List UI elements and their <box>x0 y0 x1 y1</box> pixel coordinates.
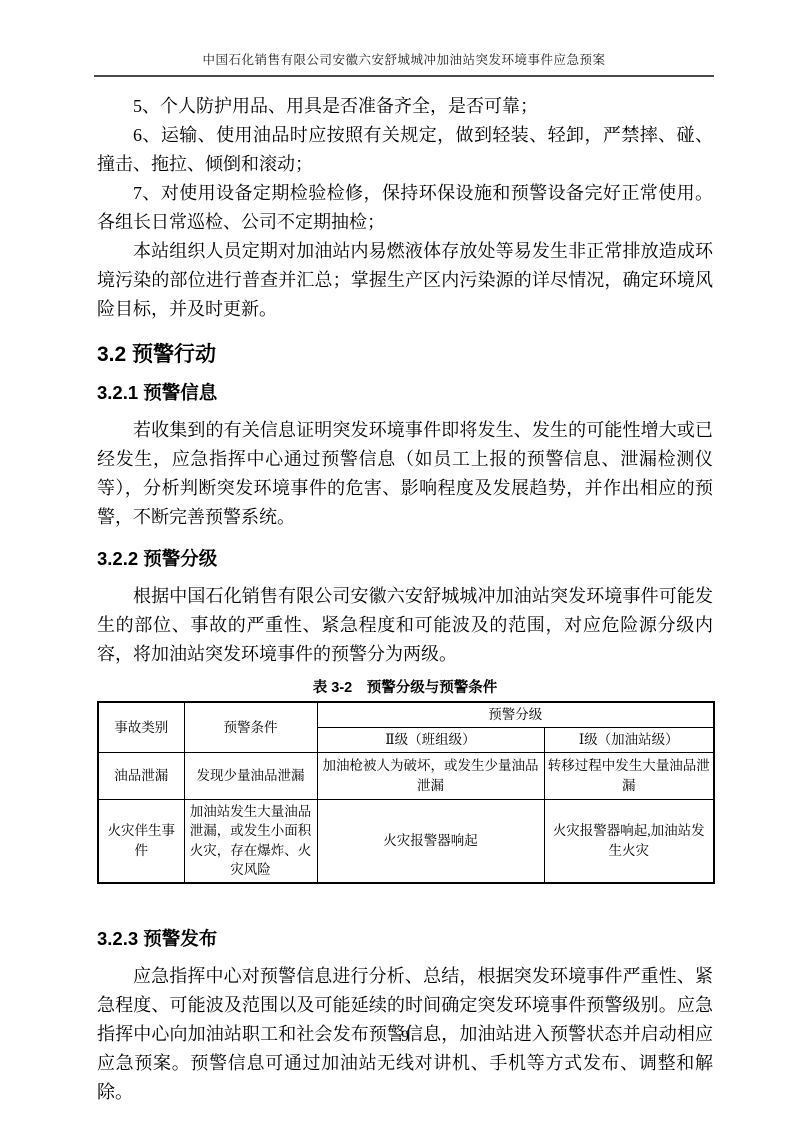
cell-condition: 发现少量油品泄漏 <box>184 752 317 799</box>
cell-category: 火灾伴生事件 <box>98 799 184 883</box>
paragraph-3-2-1: 若收集到的有关信息证明突发环境事件即将发生、发生的可能性增大或已经发生，应急指挥… <box>97 416 713 532</box>
header-cell-level1: Ⅰ级（加油站级） <box>544 727 714 752</box>
cell-condition: 加油站发生大量油品泄漏，或发生小面积火灾，存在爆炸、火灾风险 <box>184 799 317 883</box>
cell-category: 油品泄漏 <box>98 752 184 799</box>
page-number: 9 <box>97 1026 713 1048</box>
table-header-row-1: 事故类别 预警条件 预警分级 <box>98 702 714 727</box>
subsection-heading-3-2-2: 3.2.2 预警分级 <box>97 546 713 572</box>
cell-level1: 火灾报警器响起,加油站发生火灾 <box>544 799 714 883</box>
subsection-heading-3-2-3: 3.2.3 预警发布 <box>97 926 713 952</box>
list-item-6: 6、运输、使用油品时应按照有关规定，做到轻装、轻卸，严禁摔、碰、撞击、拖拉、倾倒… <box>97 121 713 179</box>
table-row-fire-event: 火灾伴生事件 加油站发生大量油品泄漏，或发生小面积火灾，存在爆炸、火灾风险 火灾… <box>98 799 714 883</box>
subsection-heading-3-2-1: 3.2.1 预警信息 <box>97 380 713 406</box>
header-cell-condition: 预警条件 <box>184 702 317 752</box>
page-content: 5、个人防护用品、用具是否准备齐全，是否可靠； 6、运输、使用油品时应按照有关规… <box>97 92 713 1107</box>
table-row-oil-leak: 油品泄漏 发现少量油品泄漏 加油枪被人为破坏，或发生少量油品泄漏 转移过程中发生… <box>98 752 714 799</box>
table-caption: 表 3-2 预警分级与预警条件 <box>97 678 713 698</box>
cell-level2: 加油枪被人为破坏，或发生少量油品泄漏 <box>317 752 544 799</box>
cell-level2: 火灾报警器响起 <box>317 799 544 883</box>
header-cell-category: 事故类别 <box>98 702 184 752</box>
header-cell-level2: Ⅱ级（班组级） <box>317 727 544 752</box>
list-item-7: 7、对使用设备定期检验检修，保持环保设施和预警设备完好正常使用。各组长日常巡检、… <box>97 179 713 237</box>
document-page: 中国石化销售有限公司安徽六安舒城城冲加油站突发环境事件应急预案 5、个人防护用品… <box>0 0 793 1122</box>
paragraph-3-2-2: 根据中国石化销售有限公司安徽六安舒城城冲加油站突发环境事件可能发生的部位、事故的… <box>97 582 713 669</box>
paragraph-inspection: 本站组织人员定期对加油站内易燃液体存放处等易发生非正常排放造成环境污染的部位进行… <box>97 237 713 324</box>
header-title: 中国石化销售有限公司安徽六安舒城城冲加油站突发环境事件应急预案 <box>202 53 605 67</box>
cell-level1: 转移过程中发生大量油品泄漏 <box>544 752 714 799</box>
list-item-5: 5、个人防护用品、用具是否准备齐全，是否可靠； <box>97 92 713 121</box>
section-heading-3-2: 3.2 预警行动 <box>97 340 713 370</box>
warning-grading-table: 事故类别 预警条件 预警分级 Ⅱ级（班组级） Ⅰ级（加油站级） 油品泄漏 发现少… <box>97 701 715 884</box>
running-header: 中国石化销售有限公司安徽六安舒城城冲加油站突发环境事件应急预案 <box>94 50 714 77</box>
header-cell-grading-group: 预警分级 <box>317 702 714 727</box>
